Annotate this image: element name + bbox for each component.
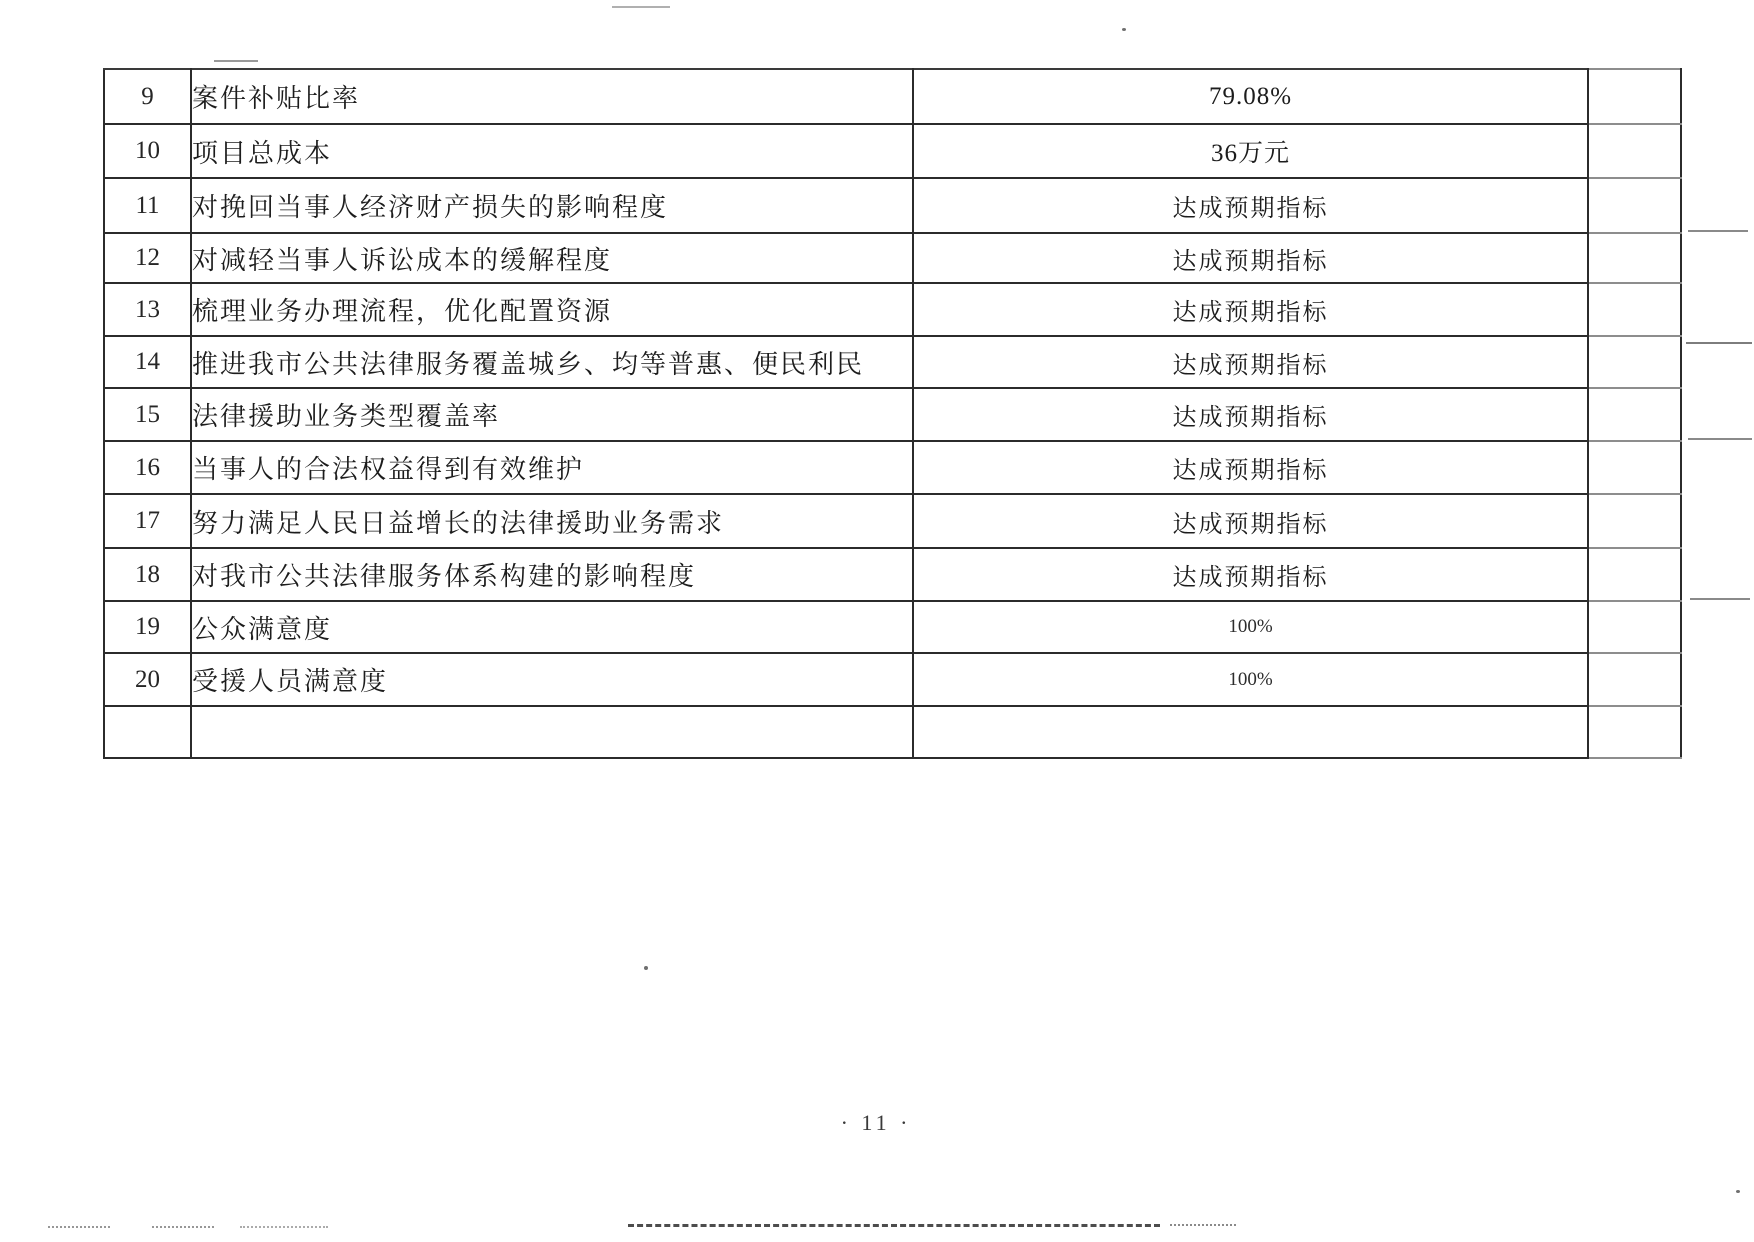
table-row: 15 法律援助业务类型覆盖率 达成预期指标	[104, 388, 1681, 441]
row-number: 11	[104, 178, 191, 233]
empty-cell	[1588, 653, 1681, 706]
indicator-name: 项目总成本	[191, 124, 913, 178]
row-number: 17	[104, 494, 191, 548]
page-number: · 11 ·	[796, 1110, 956, 1136]
indicator-name: 案件补贴比率	[191, 69, 913, 124]
indicator-value: 100%	[913, 601, 1588, 653]
row-number: 16	[104, 441, 191, 494]
indicator-value: 达成预期指标	[913, 494, 1588, 548]
table-row: 16 当事人的合法权益得到有效维护 达成预期指标	[104, 441, 1681, 494]
indicator-value: 达成预期指标	[913, 283, 1588, 336]
scan-artifact	[1688, 230, 1748, 232]
indicator-name: 法律援助业务类型覆盖率	[191, 388, 913, 441]
row-number: 15	[104, 388, 191, 441]
indicator-name	[191, 706, 913, 758]
table-row: 13 梳理业务办理流程，优化配置资源 达成预期指标	[104, 283, 1681, 336]
empty-cell	[1588, 233, 1681, 283]
scan-artifact	[612, 6, 670, 8]
table-row: 14 推进我市公共法律服务覆盖城乡、均等普惠、便民利民 达成预期指标	[104, 336, 1681, 388]
scan-artifact	[1686, 342, 1752, 344]
indicator-value: 36万元	[913, 124, 1588, 178]
indicator-value	[913, 706, 1588, 758]
indicator-name: 对挽回当事人经济财产损失的影响程度	[191, 178, 913, 233]
scan-artifact	[1170, 1224, 1236, 1226]
table-row: 10 项目总成本 36万元	[104, 124, 1681, 178]
empty-cell	[1588, 548, 1681, 601]
indicator-name: 对减轻当事人诉讼成本的缓解程度	[191, 233, 913, 283]
scan-artifact	[214, 60, 258, 62]
row-number: 18	[104, 548, 191, 601]
indicator-value: 79.08%	[913, 69, 1588, 124]
performance-indicator-table: 9 案件补贴比率 79.08% 10 项目总成本 36万元 11 对挽回当事人经…	[103, 68, 1682, 759]
row-number: 20	[104, 653, 191, 706]
indicator-name: 推进我市公共法律服务覆盖城乡、均等普惠、便民利民	[191, 336, 913, 388]
table-row: 12 对减轻当事人诉讼成本的缓解程度 达成预期指标	[104, 233, 1681, 283]
empty-cell	[1588, 601, 1681, 653]
row-number	[104, 706, 191, 758]
row-number: 10	[104, 124, 191, 178]
row-number: 19	[104, 601, 191, 653]
scan-artifact	[152, 1226, 214, 1228]
indicator-name: 梳理业务办理流程，优化配置资源	[191, 283, 913, 336]
row-number: 13	[104, 283, 191, 336]
indicator-value: 达成预期指标	[913, 336, 1588, 388]
table-row: 19 公众满意度 100%	[104, 601, 1681, 653]
table-row: 9 案件补贴比率 79.08%	[104, 69, 1681, 124]
indicator-name: 当事人的合法权益得到有效维护	[191, 441, 913, 494]
table-row: 11 对挽回当事人经济财产损失的影响程度 达成预期指标	[104, 178, 1681, 233]
indicator-value: 达成预期指标	[913, 388, 1588, 441]
scan-artifact	[1122, 28, 1126, 31]
empty-cell	[1588, 124, 1681, 178]
indicator-value: 达成预期指标	[913, 441, 1588, 494]
indicator-value: 达成预期指标	[913, 548, 1588, 601]
indicator-value: 达成预期指标	[913, 178, 1588, 233]
indicator-value: 达成预期指标	[913, 233, 1588, 283]
empty-cell	[1588, 706, 1681, 758]
empty-cell	[1588, 494, 1681, 548]
indicator-name: 受援人员满意度	[191, 653, 913, 706]
indicator-value: 100%	[913, 653, 1588, 706]
indicator-name: 公众满意度	[191, 601, 913, 653]
empty-cell	[1588, 69, 1681, 124]
scan-artifact	[240, 1226, 328, 1228]
scan-artifact	[644, 966, 648, 970]
scan-artifact	[48, 1226, 110, 1228]
empty-cell	[1588, 336, 1681, 388]
empty-cell	[1588, 178, 1681, 233]
table-row: 18 对我市公共法律服务体系构建的影响程度 达成预期指标	[104, 548, 1681, 601]
empty-cell	[1588, 388, 1681, 441]
scan-artifact	[1688, 438, 1752, 440]
empty-cell	[1588, 283, 1681, 336]
table-row: 20 受援人员满意度 100%	[104, 653, 1681, 706]
table-row: 17 努力满足人民日益增长的法律援助业务需求 达成预期指标	[104, 494, 1681, 548]
scan-artifact	[1736, 1190, 1740, 1193]
indicator-name: 对我市公共法律服务体系构建的影响程度	[191, 548, 913, 601]
row-number: 12	[104, 233, 191, 283]
indicator-name: 努力满足人民日益增长的法律援助业务需求	[191, 494, 913, 548]
scan-artifact	[1690, 598, 1750, 600]
empty-cell	[1588, 441, 1681, 494]
row-number: 14	[104, 336, 191, 388]
row-number: 9	[104, 69, 191, 124]
table-row	[104, 706, 1681, 758]
scan-artifact	[628, 1224, 1160, 1227]
